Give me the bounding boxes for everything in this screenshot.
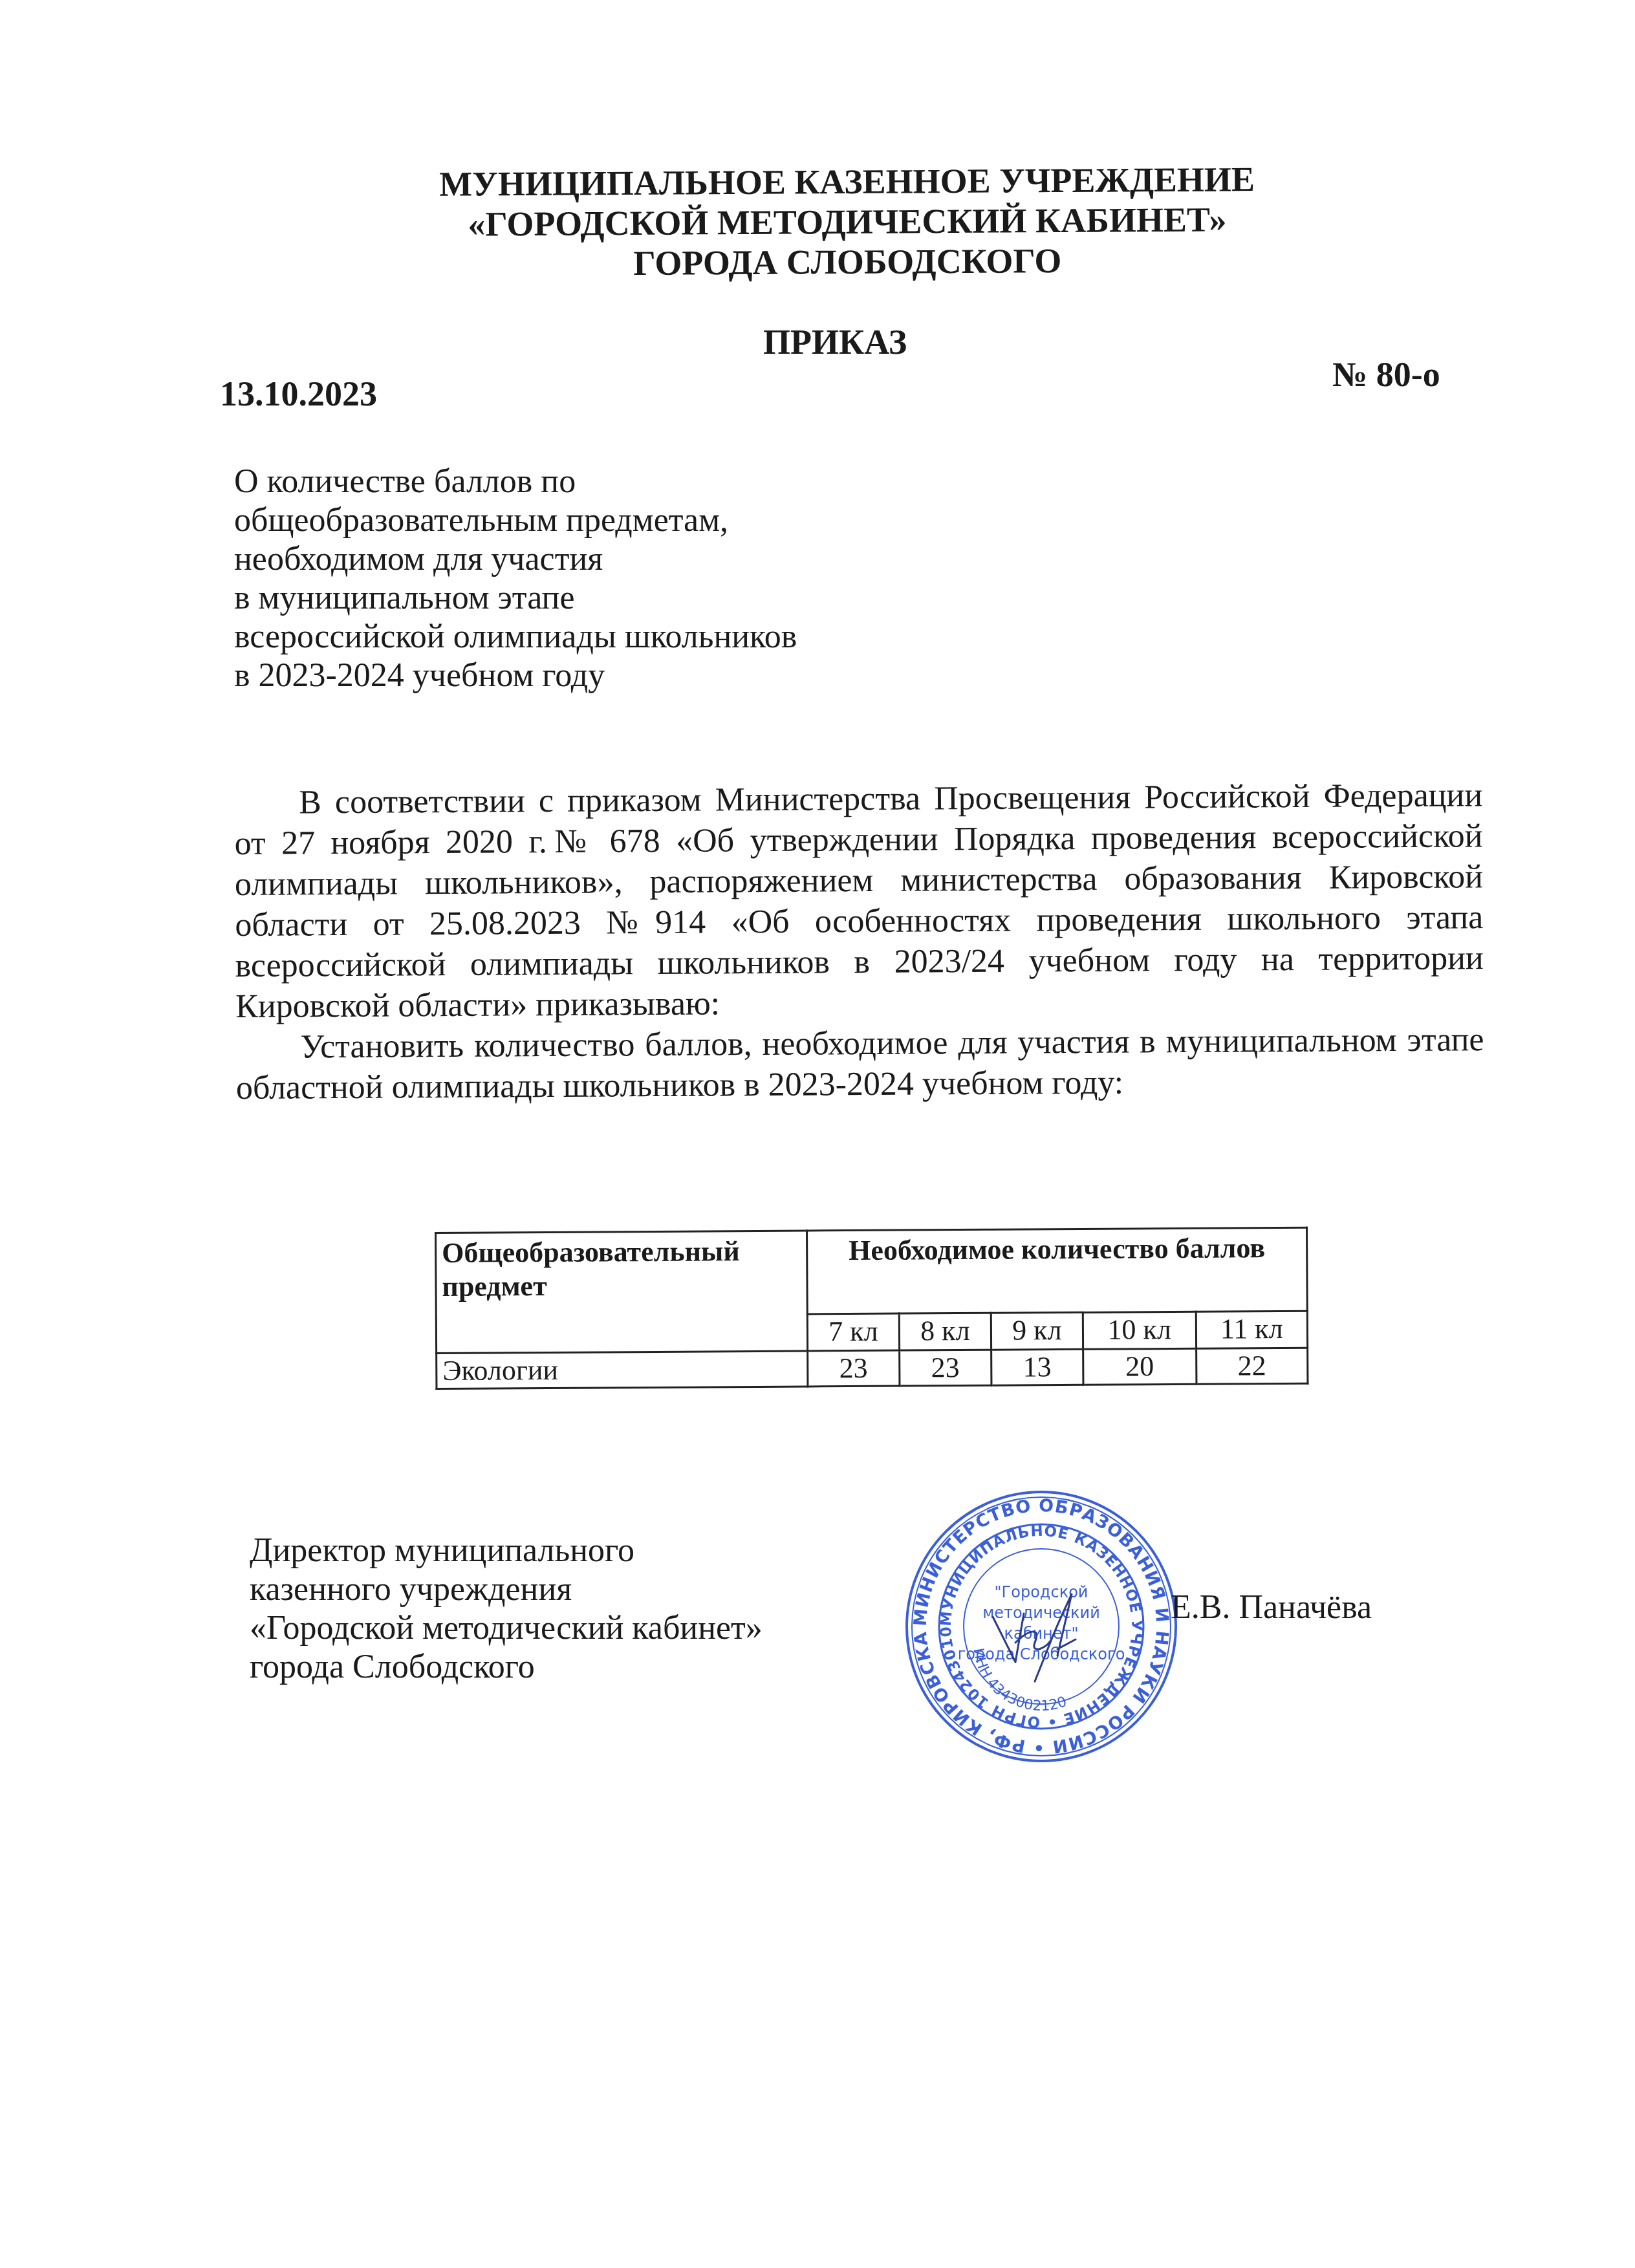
- body-paragraph-decision: Установить количество баллов, необходимо…: [235, 1019, 1484, 1108]
- grade-header-7: 7 кл: [807, 1313, 899, 1351]
- score-cell-grade-9: 13: [991, 1349, 1083, 1385]
- subject-line: необходимом для участия: [234, 540, 946, 579]
- subject-line: общеобразовательным предметам,: [234, 501, 946, 540]
- subject-line: О количестве баллов по: [234, 462, 946, 501]
- stamp-center-line: "Городской: [995, 1583, 1088, 1601]
- score-threshold-table: Общеобразовательный предмет Необходимое …: [435, 1227, 1308, 1390]
- table-header-row: Общеобразовательный предмет Необходимое …: [436, 1227, 1308, 1316]
- subject-line: в 2023-2024 учебном году: [234, 656, 946, 695]
- subject-line: в муниципальном этапе: [234, 579, 946, 618]
- stamp-center-line: кабинет": [1004, 1625, 1078, 1643]
- score-cell-grade-8: 23: [900, 1350, 991, 1386]
- subject-cell: Экологии: [437, 1351, 808, 1389]
- order-date: 13.10.2023: [220, 374, 377, 414]
- score-cell-grade-7: 23: [808, 1350, 900, 1387]
- order-number: № 80-о: [1332, 354, 1440, 394]
- grade-header-11: 11 кл: [1196, 1311, 1308, 1349]
- body-paragraph-legal-basis: В соответствии с приказом Министерства П…: [234, 775, 1484, 1027]
- signer-position-line: города Слободского: [250, 1648, 763, 1687]
- official-stamp: МИНИСТЕРСТВО ОБРАЗОВАНИЯ И НАУКИ РОССИИ …: [902, 1487, 1180, 1766]
- column-header-required-scores: Необходимое количество баллов: [807, 1227, 1307, 1313]
- signer-position: Директор муниципального казенного учрежд…: [250, 1531, 763, 1687]
- grade-header-9: 9 кл: [991, 1312, 1083, 1350]
- score-cell-grade-10: 20: [1083, 1348, 1196, 1385]
- org-name-line-1: МУНИЦИПАЛЬНОЕ КАЗЕННОЕ УЧРЕЖДЕНИЕ: [362, 158, 1332, 204]
- column-header-subject: Общеобразовательный предмет: [436, 1231, 808, 1354]
- signer-position-line: «Городской методический кабинет»: [250, 1609, 763, 1648]
- score-cell-grade-11: 22: [1196, 1348, 1308, 1384]
- subject-line: всероссийской олимпиады школьников: [234, 618, 946, 656]
- signer-position-line: Директор муниципального: [250, 1531, 763, 1570]
- org-name-line-2: «ГОРОДСКОЙ МЕТОДИЧЕСКИЙ КАБИНЕТ»: [362, 199, 1332, 244]
- order-body: В соответствии с приказом Министерства П…: [234, 775, 1484, 1108]
- grade-header-10: 10 кл: [1083, 1312, 1196, 1350]
- order-subject: О количестве баллов по общеобразовательн…: [234, 462, 946, 695]
- document-type-title: ПРИКАЗ: [763, 322, 907, 362]
- stamp-center-line: методический: [982, 1604, 1100, 1622]
- org-name-line-3: ГОРОДА СЛОБОДСКОГО: [362, 239, 1332, 285]
- stamp-seal-icon: МИНИСТЕРСТВО ОБРАЗОВАНИЯ И НАУКИ РОССИИ …: [902, 1487, 1180, 1766]
- signer-position-line: казенного учреждения: [250, 1570, 763, 1609]
- table-row: Экологии 23 23 13 20 22: [437, 1348, 1308, 1388]
- grade-header-8: 8 кл: [899, 1313, 991, 1350]
- organization-header: МУНИЦИПАЛЬНОЕ КАЗЕННОЕ УЧРЕЖДЕНИЕ «ГОРОД…: [362, 158, 1332, 285]
- signer-name: Е.В. Паначёва: [1171, 1588, 1372, 1626]
